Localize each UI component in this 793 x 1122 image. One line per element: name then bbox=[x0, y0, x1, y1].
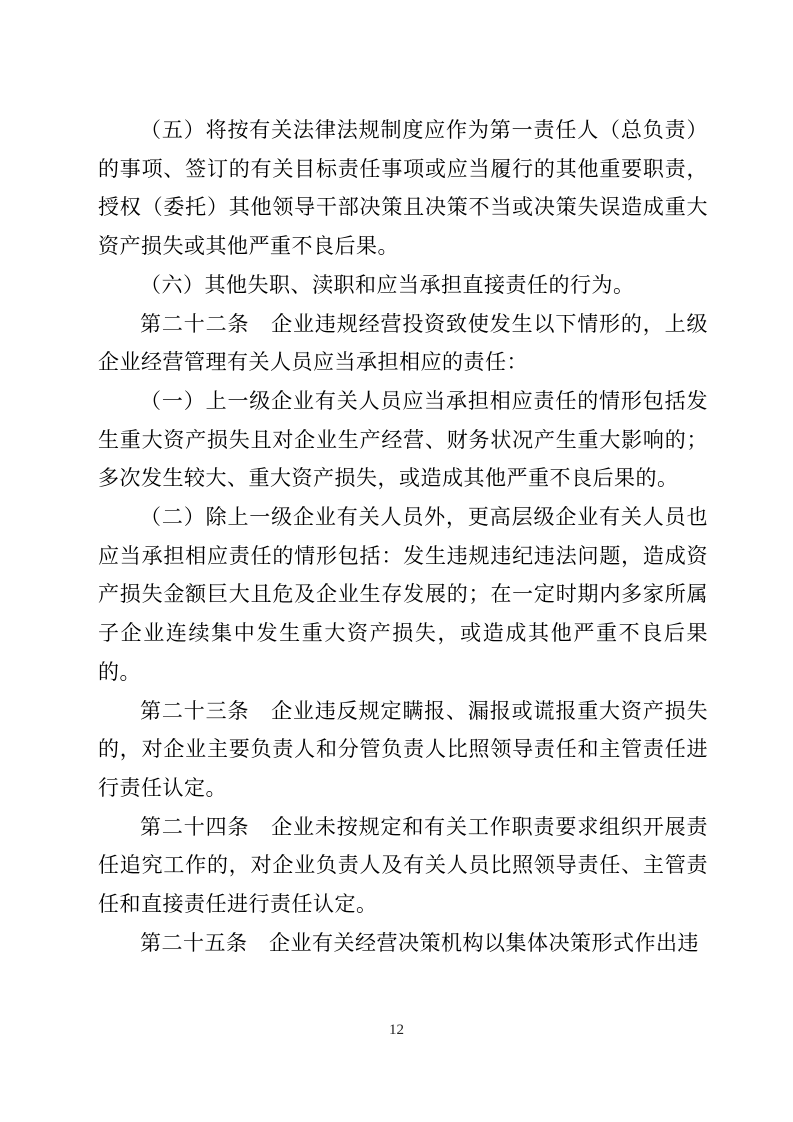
document-page: （五）将按有关法律法规制度应作为第一责任人（总负责）的事项、签订的有关目标责任事… bbox=[0, 0, 793, 1122]
document-body: （五）将按有关法律法规制度应作为第一责任人（总负责）的事项、签订的有关目标责任事… bbox=[98, 112, 708, 963]
paragraph-item-6: （六）其他失职、渎职和应当承担直接责任的行为。 bbox=[98, 267, 708, 306]
paragraph-article-24: 第二十四条 企业未按规定和有关工作职责要求组织开展责任追究工作的，对企业负责人及… bbox=[98, 809, 708, 925]
page-number: 12 bbox=[0, 1022, 793, 1039]
paragraph-clause-2: （二）除上一级企业有关人员外，更高层级企业有关人员也应当承担相应责任的情形包括：… bbox=[98, 499, 708, 693]
paragraph-article-23: 第二十三条 企业违反规定瞒报、漏报或谎报重大资产损失的，对企业主要负责人和分管负… bbox=[98, 693, 708, 809]
paragraph-article-22: 第二十二条 企业违规经营投资致使发生以下情形的，上级企业经营管理有关人员应当承担… bbox=[98, 306, 708, 383]
paragraph-item-5: （五）将按有关法律法规制度应作为第一责任人（总负责）的事项、签订的有关目标责任事… bbox=[98, 112, 708, 267]
paragraph-article-25: 第二十五条 企业有关经营决策机构以集体决策形式作出违 bbox=[98, 925, 708, 964]
paragraph-clause-1: （一）上一级企业有关人员应当承担相应责任的情形包括发生重大资产损失且对企业生产经… bbox=[98, 383, 708, 499]
